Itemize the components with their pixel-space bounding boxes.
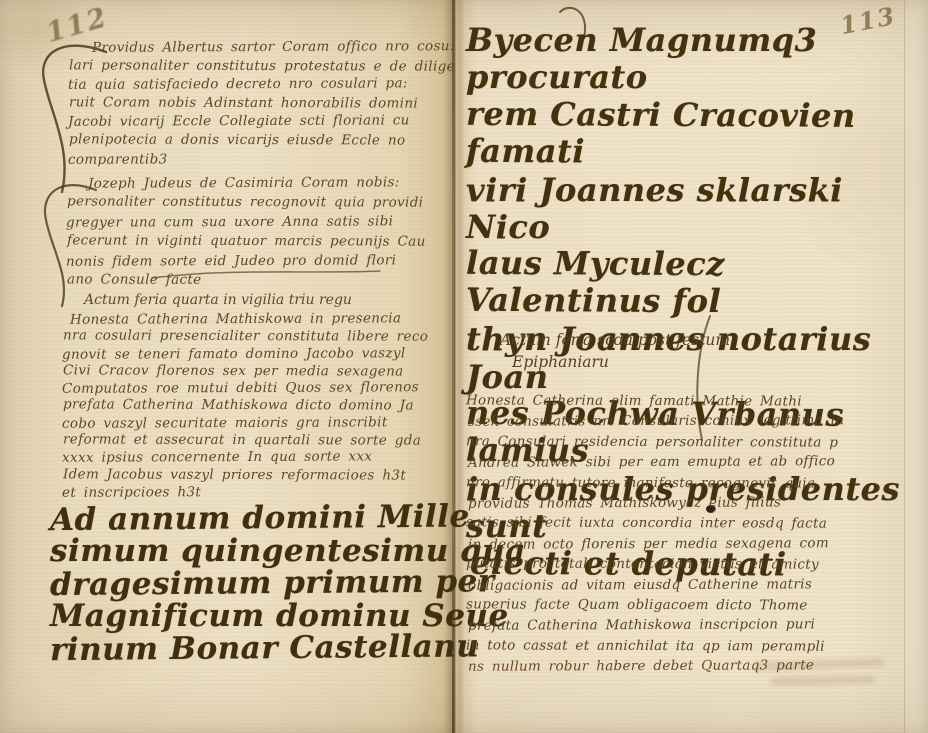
manuscript-text-line: Jozeph Judeus de Casimiria Coram nobis: [88,173,425,194]
manuscript-text-line: Jacobi vicarij Eccle Collegiate scti flo… [68,112,455,132]
manuscript-text-line: dragesimum primum per [50,565,526,602]
left-paragraph-2: Jozeph Judeus de Casimiria Coram nobis:p… [66,174,425,290]
manuscript-text-line: tia quia satisfaciedo decreto nro cosula… [68,74,455,94]
manuscript-text-line: nra cosulari presencialiter constituta l… [63,328,428,347]
manuscript-text-line: fecerunt in viginti quatuor marcis pecun… [67,232,426,253]
manuscript-text-line: gregyer una cum sua uxore Anna satis sib… [66,212,425,233]
manuscript-text-line: Epiphaniaru [512,351,730,373]
manuscript-text-line: obligacionis ad vitam eiusdq Catherine m… [468,574,844,596]
manuscript-text-line: Civi Cracov florenos sex per media sexag… [63,362,428,381]
manuscript-text-line: providus Thomas Mathiskowycz eius filius [468,492,844,514]
bleedthrough-mark [770,675,875,686]
manuscript-text-line: personaliter constitutus recognovit quia… [67,193,426,214]
manuscript-text-line: simum quingentesimu qua [50,535,526,568]
manuscript-text-line: Magnificum dominu Seue [50,600,526,633]
manuscript-text-line: nonis fidem sorte eid Judeo pro domid fl… [66,251,425,272]
manuscript-text-line: rinum Bonar Castellanu [50,630,526,667]
manuscript-text-line: comparentib3 [68,149,455,169]
manuscript-text-line: in toto cassat et annichilat ita qp iam … [466,635,842,657]
manuscript-text-line: in decem octo florenis per media sexagen… [468,533,844,555]
manuscript-text-line: plenipotecia a donis vicarijs eiusde Ecc… [69,130,456,150]
left-paragraph-3: Honesta Catherina Mathiskowa in presenci… [62,311,427,501]
left-heading: Ad annum domini Millesimum quingentesimu… [50,502,526,665]
manuscript-text-line: gnovit se teneri famato domino Jacobo va… [62,345,427,364]
left-paragraph-1: Providus Albertus sartor Coram offico nr… [68,38,455,168]
manuscript-text-line: cobo vaszyl securitate maioris gra inscr… [62,414,427,433]
right-actum-lines: Actum feria scda post festumEpiphaniaru [500,329,730,373]
manuscript-text-line: Ad annum domini Mille [50,500,526,537]
manuscript-text-line: superius facte Quam obligacoem dicto Tho… [466,594,842,616]
manuscript-text-line: Providus Albertus sartor Coram offico nr… [92,37,455,57]
right-paragraph: Honesta Catherina olim famati Mathie Mat… [466,391,842,677]
left-actum-line: Actum feria quarta in vigilia triu regu [84,292,352,308]
manuscript-text-line: Byecen Magnumq3 procurato [466,22,928,97]
manuscript-text-line: prefata Catherina Mathiskowa dicto domin… [63,397,428,416]
manuscript-text-line: Andrea Slawek sibi per eam emupta et ab … [468,451,844,473]
manuscript-text-line: reformat et assecurat in quartali sue so… [63,431,428,450]
manuscript-text-line: nro affirmatu tutore manifeste recognovi… [466,472,842,494]
manuscript-text-line: Honesta Catherina olim famati Mathie Mat… [466,390,842,412]
manuscript-text-line: Computatos roe mutui debiti Quos sex flo… [62,379,427,398]
manuscript-text-line: Idem Jacobus vaszyl priores reformacioes… [63,466,428,485]
manuscript-text-line: ns nullum robur habere debet Quartaq3 pa… [468,655,844,677]
manuscript-text-line: ruit Coram nobis Adinstant honorabilis d… [69,93,456,113]
manuscript-text-line: viri Joannes sklarski Nico [466,172,928,247]
manuscript-text-line: ssek consulatris nri Consularis coniux l… [468,411,844,433]
manuscript-text-line: putatis pro totali contentacion victus e… [466,554,842,576]
manuscript-text-line: lari personaliter constitutus protestatu… [69,56,456,76]
manuscript-text-line: prefata Catherina Mathiskowa inscripcion… [468,615,844,637]
manuscript-text-line: satis sibi fecit iuxta concordia inter e… [466,513,842,535]
manuscript-text-line: Honesta Catherina Mathiskowa in presenci… [70,310,427,329]
manuscript-spread: 112 113 Providus Albertus sartor Coram o… [0,0,928,733]
manuscript-text-line: rem Castri Cracovien famati [466,96,928,173]
manuscript-text-line: ano Consule facte [67,270,426,291]
manuscript-text-line: nra Consulari residencia personaliter co… [466,431,842,453]
manuscript-text-line: Actum feria scda post festum [500,329,730,351]
manuscript-text-line: laus Myculecz Valentinus fol [466,245,928,322]
manuscript-text-line: xxxx ipsius concernente In qua sorte xxx [62,449,427,468]
